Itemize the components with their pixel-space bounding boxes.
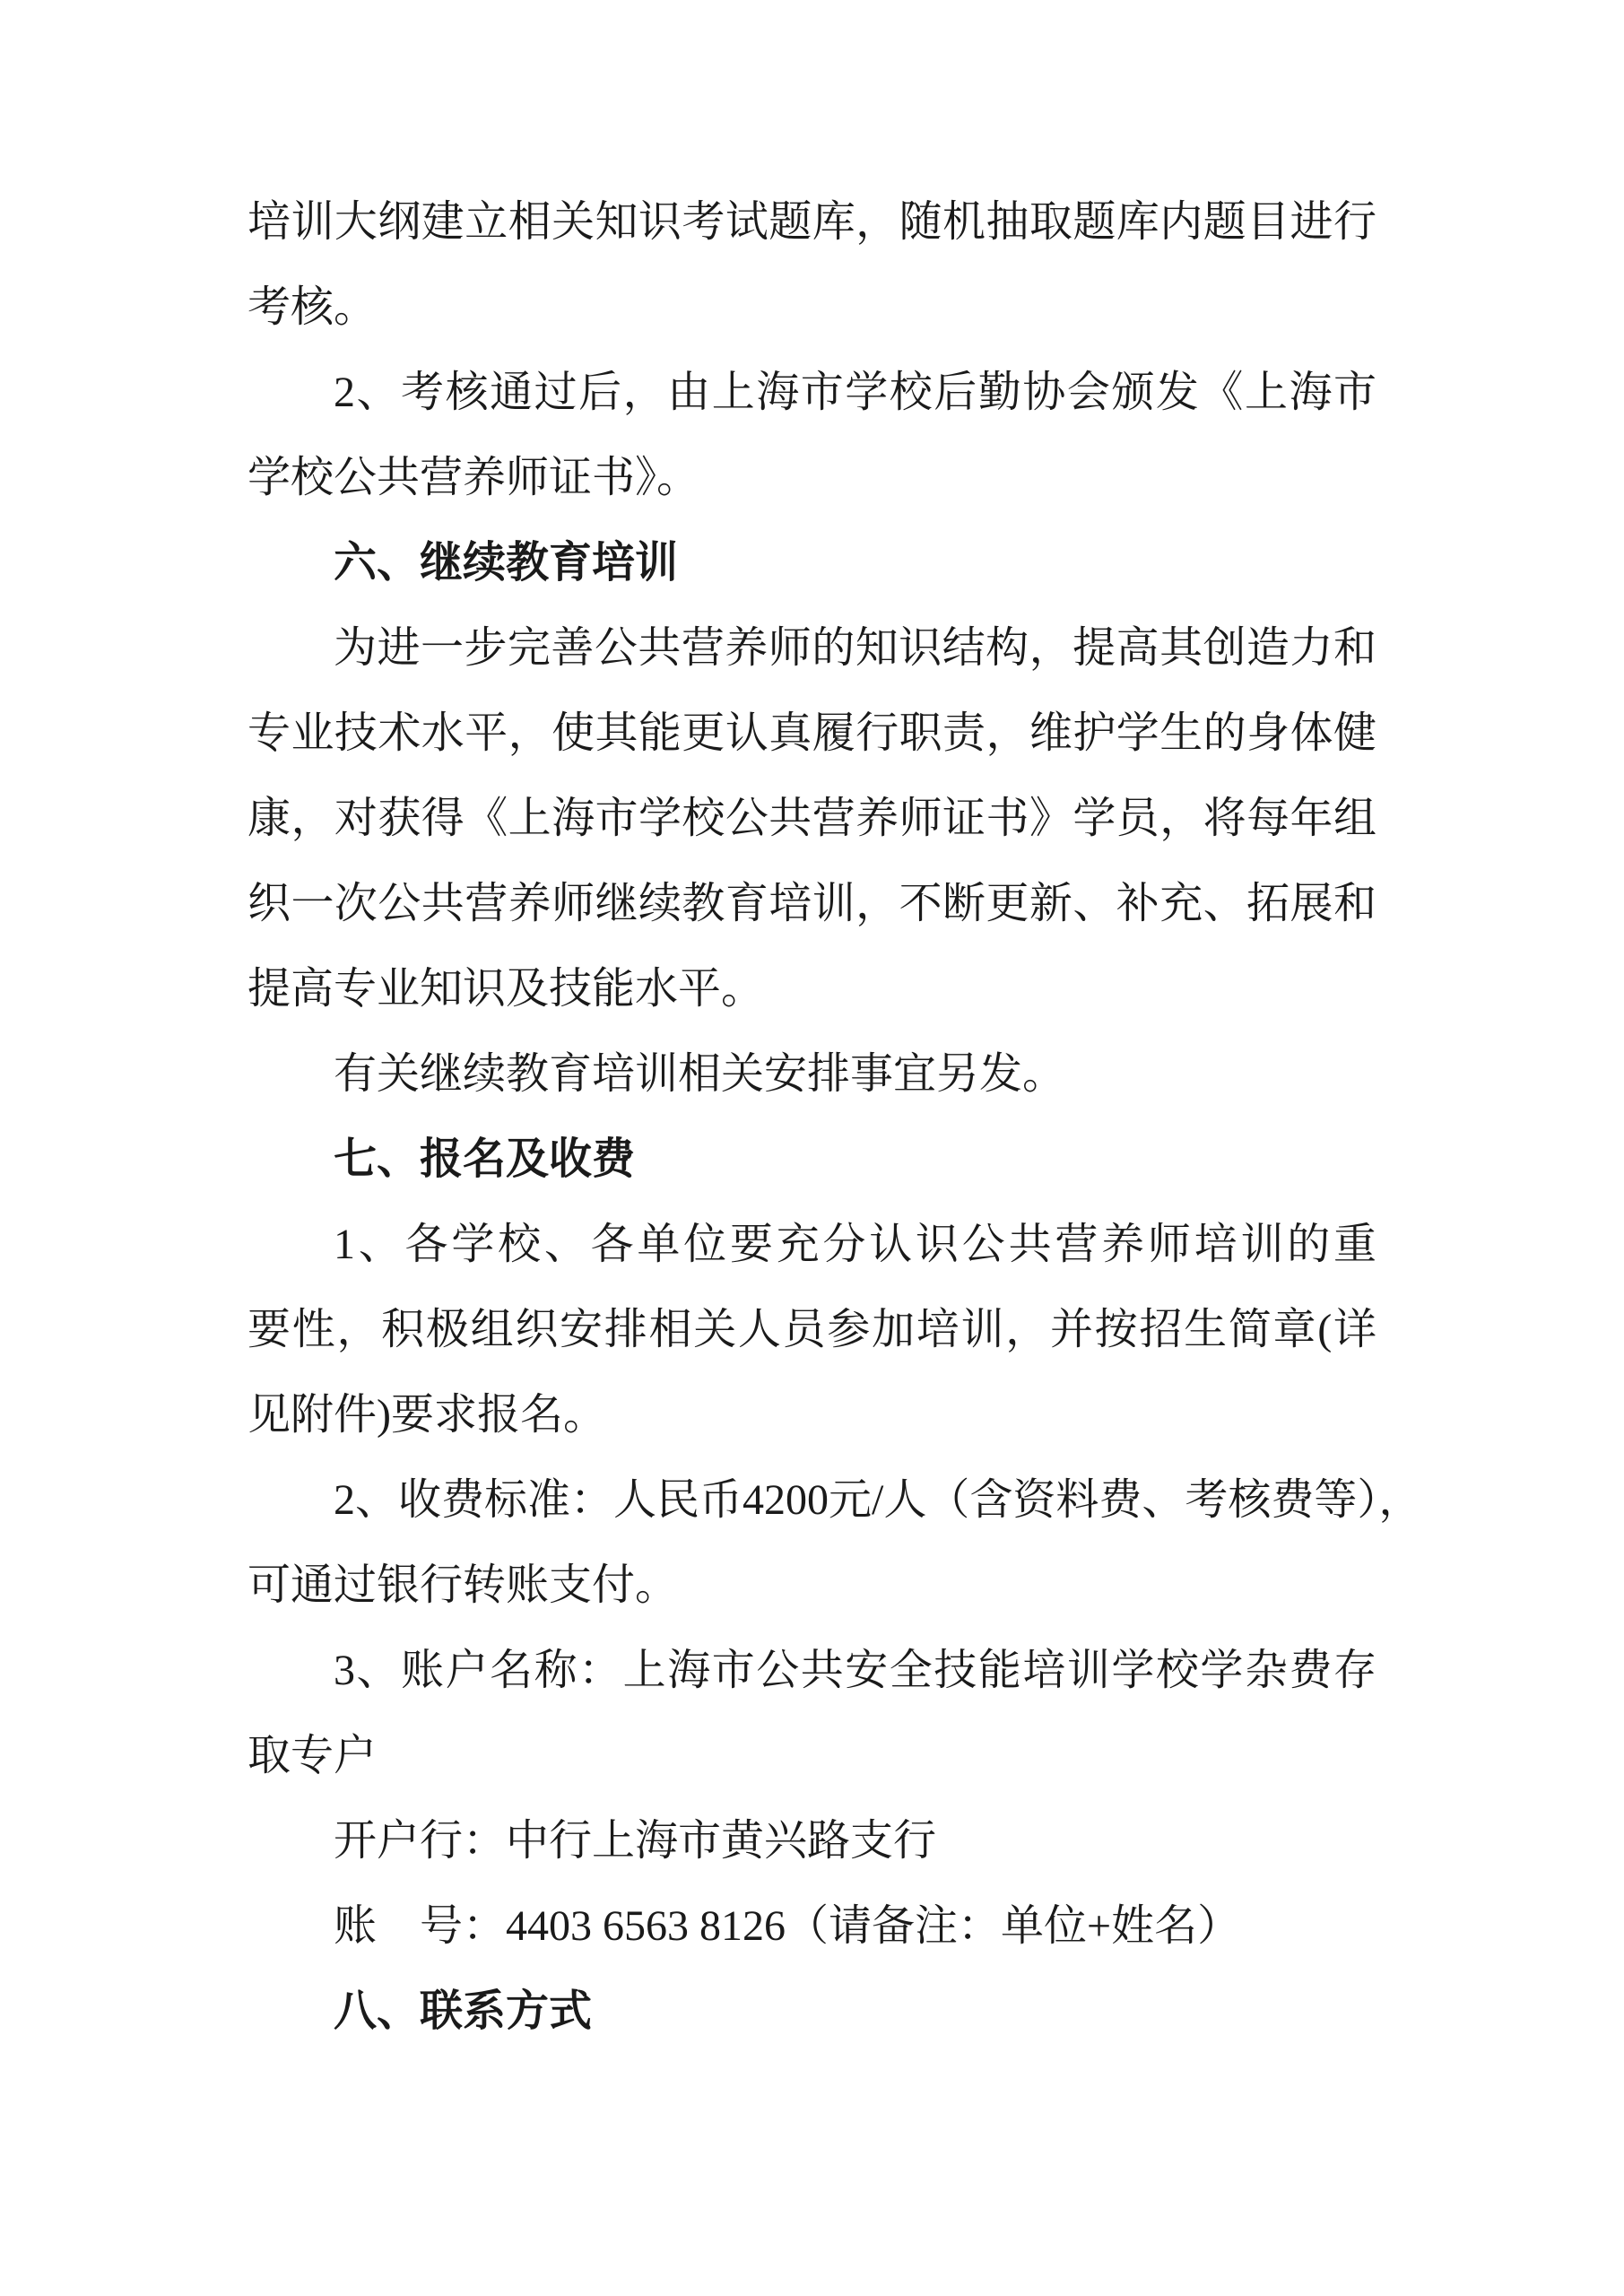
section-heading: 六、继续教育培训 — [248, 520, 1376, 605]
section-heading: 七、报名及收费 — [248, 1117, 1376, 1202]
text-line: 3、账户名称：上海市公共安全技能培训学校学杂费存 — [248, 1628, 1376, 1713]
text-line: 账 号：4403 6563 8126（请备注：单位+姓名） — [248, 1883, 1376, 1969]
text-line: 见附件)要求报名。 — [248, 1372, 1376, 1457]
document-body: 培训大纲建立相关知识考试题库，随机抽取题库内题目进行考核。2、考核通过后，由上海… — [248, 179, 1376, 2054]
document-page: 培训大纲建立相关知识考试题库，随机抽取题库内题目进行考核。2、考核通过后，由上海… — [0, 0, 1624, 2296]
text-line: 专业技术水平，使其能更认真履行职责，维护学生的身体健 — [248, 691, 1376, 776]
text-line: 取专户 — [248, 1713, 1376, 1798]
text-line: 1、各学校、各单位要充分认识公共营养师培训的重 — [248, 1202, 1376, 1287]
text-line: 培训大纲建立相关知识考试题库，随机抽取题库内题目进行 — [248, 179, 1376, 265]
text-line: 要性，积极组织安排相关人员参加培训，并按招生简章(详 — [248, 1287, 1376, 1372]
text-line: 为进一步完善公共营养师的知识结构，提高其创造力和 — [248, 605, 1376, 691]
section-heading: 八、联系方式 — [248, 1969, 1376, 2054]
text-line: 开户行：中行上海市黄兴路支行 — [248, 1798, 1376, 1883]
text-line: 有关继续教育培训相关安排事宜另发。 — [248, 1031, 1376, 1117]
text-line: 学校公共营养师证书》。 — [248, 435, 1376, 520]
text-line: 考核。 — [248, 265, 1376, 350]
text-line: 提高专业知识及技能水平。 — [248, 946, 1376, 1031]
text-line: 织一次公共营养师继续教育培训，不断更新、补充、拓展和 — [248, 861, 1376, 946]
text-line: 2、收费标准：人民币4200元/人（含资料费、考核费等）， — [248, 1457, 1376, 1543]
text-line: 可通过银行转账支付。 — [248, 1543, 1376, 1628]
text-line: 康，对获得《上海市学校公共营养师证书》学员，将每年组 — [248, 776, 1376, 861]
text-line: 2、考核通过后，由上海市学校后勤协会颁发《上海市 — [248, 350, 1376, 435]
